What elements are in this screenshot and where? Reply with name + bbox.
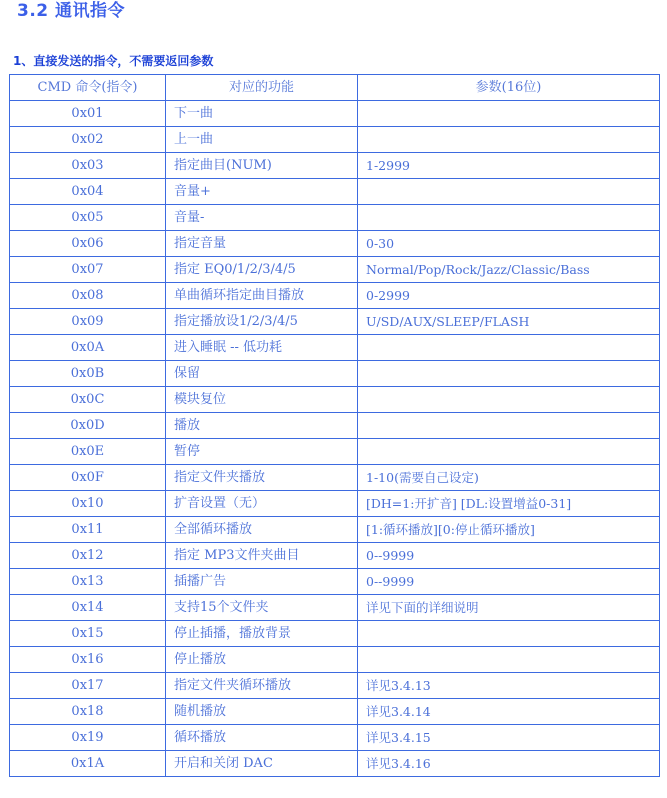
cell-cmd: 0x03 bbox=[10, 153, 166, 179]
cell-function: 扩音设置（无） bbox=[166, 491, 358, 517]
cell-cmd: 0x12 bbox=[10, 543, 166, 569]
cell-function: 全部循环播放 bbox=[166, 517, 358, 543]
cell-function: 播放 bbox=[166, 413, 358, 439]
cell-cmd: 0x08 bbox=[10, 283, 166, 309]
table-row: 0x19循环播放详见3.4.15 bbox=[10, 725, 660, 751]
table-row: 0x14支持15个文件夹详见下面的详细说明 bbox=[10, 595, 660, 621]
cell-cmd: 0x10 bbox=[10, 491, 166, 517]
cell-cmd: 0x0C bbox=[10, 387, 166, 413]
cell-function: 上一曲 bbox=[166, 127, 358, 153]
header-function: 对应的功能 bbox=[166, 75, 358, 101]
cell-function: 指定播放设1/2/3/4/5 bbox=[166, 309, 358, 335]
table-row: 0x0D播放 bbox=[10, 413, 660, 439]
cell-function: 插播广告 bbox=[166, 569, 358, 595]
cell-param bbox=[358, 127, 660, 153]
table-row: 0x12指定 MP3文件夹曲目0--9999 bbox=[10, 543, 660, 569]
cell-function: 停止播放 bbox=[166, 647, 358, 673]
table-row: 0x11全部循环播放[1:循环播放][0:停止循环播放] bbox=[10, 517, 660, 543]
table-row: 0x0A进入睡眠 -- 低功耗 bbox=[10, 335, 660, 361]
cell-cmd: 0x14 bbox=[10, 595, 166, 621]
cell-function: 模块复位 bbox=[166, 387, 358, 413]
cell-cmd: 0x11 bbox=[10, 517, 166, 543]
cell-param: Normal/Pop/Rock/Jazz/Classic/Bass bbox=[358, 257, 660, 283]
cell-cmd: 0x09 bbox=[10, 309, 166, 335]
cell-function: 暂停 bbox=[166, 439, 358, 465]
cell-param: 0--9999 bbox=[358, 569, 660, 595]
table-row: 0x13插播广告0--9999 bbox=[10, 569, 660, 595]
header-row: CMD 命令(指令) 对应的功能 参数(16位) bbox=[10, 75, 660, 101]
cell-function: 音量- bbox=[166, 205, 358, 231]
cell-function: 开启和关闭 DAC bbox=[166, 751, 358, 777]
cell-param: U/SD/AUX/SLEEP/FLASH bbox=[358, 309, 660, 335]
cell-cmd: 0x15 bbox=[10, 621, 166, 647]
table-header: CMD 命令(指令) 对应的功能 参数(16位) bbox=[10, 75, 660, 101]
cell-cmd: 0x16 bbox=[10, 647, 166, 673]
cell-param bbox=[358, 335, 660, 361]
cell-function: 下一曲 bbox=[166, 101, 358, 127]
table-row: 0x1A开启和关闭 DAC详见3.4.16 bbox=[10, 751, 660, 777]
cell-cmd: 0x1A bbox=[10, 751, 166, 777]
cell-param: [1:循环播放][0:停止循环播放] bbox=[358, 517, 660, 543]
cell-cmd: 0x01 bbox=[10, 101, 166, 127]
cell-param: 1-10(需要自己设定) bbox=[358, 465, 660, 491]
cell-function: 保留 bbox=[166, 361, 358, 387]
header-cmd: CMD 命令(指令) bbox=[10, 75, 166, 101]
table-row: 0x06指定音量0-30 bbox=[10, 231, 660, 257]
cell-function: 指定 MP3文件夹曲目 bbox=[166, 543, 358, 569]
cell-cmd: 0x0F bbox=[10, 465, 166, 491]
cell-param bbox=[358, 205, 660, 231]
cell-param: 0-30 bbox=[358, 231, 660, 257]
table-row: 0x08单曲循环指定曲目播放0-2999 bbox=[10, 283, 660, 309]
cell-cmd: 0x0D bbox=[10, 413, 166, 439]
cell-function: 循环播放 bbox=[166, 725, 358, 751]
cell-function: 停止插播，播放背景 bbox=[166, 621, 358, 647]
cell-param: [DH=1:开扩音] [DL:设置增益0-31] bbox=[358, 491, 660, 517]
cell-param: 详见3.4.14 bbox=[358, 699, 660, 725]
table-row: 0x04音量+ bbox=[10, 179, 660, 205]
cell-cmd: 0x19 bbox=[10, 725, 166, 751]
cell-cmd: 0x02 bbox=[10, 127, 166, 153]
table-row: 0x0E暂停 bbox=[10, 439, 660, 465]
table-row: 0x07指定 EQ0/1/2/3/4/5Normal/Pop/Rock/Jazz… bbox=[10, 257, 660, 283]
table-row: 0x15停止插播，播放背景 bbox=[10, 621, 660, 647]
cell-cmd: 0x07 bbox=[10, 257, 166, 283]
cell-cmd: 0x05 bbox=[10, 205, 166, 231]
header-param: 参数(16位) bbox=[358, 75, 660, 101]
cell-function: 指定文件夹播放 bbox=[166, 465, 358, 491]
cell-param bbox=[358, 647, 660, 673]
cell-function: 指定曲目(NUM) bbox=[166, 153, 358, 179]
command-table: CMD 命令(指令) 对应的功能 参数(16位) 0x01下一曲0x02上一曲0… bbox=[9, 74, 660, 777]
cell-function: 指定文件夹循环播放 bbox=[166, 673, 358, 699]
cell-param bbox=[358, 387, 660, 413]
cell-function: 进入睡眠 -- 低功耗 bbox=[166, 335, 358, 361]
subsection-title: 1、直接发送的指令，不需要返回参数 bbox=[13, 52, 213, 70]
table-row: 0x09指定播放设1/2/3/4/5U/SD/AUX/SLEEP/FLASH bbox=[10, 309, 660, 335]
cell-cmd: 0x0A bbox=[10, 335, 166, 361]
table-row: 0x10扩音设置（无）[DH=1:开扩音] [DL:设置增益0-31] bbox=[10, 491, 660, 517]
cell-function: 支持15个文件夹 bbox=[166, 595, 358, 621]
table-row: 0x17指定文件夹循环播放详见3.4.13 bbox=[10, 673, 660, 699]
cell-param: 详见下面的详细说明 bbox=[358, 595, 660, 621]
cell-param: 1-2999 bbox=[358, 153, 660, 179]
cell-param bbox=[358, 439, 660, 465]
cell-param: 详见3.4.13 bbox=[358, 673, 660, 699]
table-row: 0x0F指定文件夹播放1-10(需要自己设定) bbox=[10, 465, 660, 491]
cell-cmd: 0x17 bbox=[10, 673, 166, 699]
cell-param: 详见3.4.15 bbox=[358, 725, 660, 751]
table-row: 0x01下一曲 bbox=[10, 101, 660, 127]
table-row: 0x0B保留 bbox=[10, 361, 660, 387]
table-row: 0x18随机播放详见3.4.14 bbox=[10, 699, 660, 725]
table-row: 0x16停止播放 bbox=[10, 647, 660, 673]
section-title: 3.2 通讯指令 bbox=[17, 0, 125, 23]
cell-cmd: 0x0B bbox=[10, 361, 166, 387]
cell-function: 单曲循环指定曲目播放 bbox=[166, 283, 358, 309]
table-row: 0x0C模块复位 bbox=[10, 387, 660, 413]
table-row: 0x02上一曲 bbox=[10, 127, 660, 153]
cell-function: 随机播放 bbox=[166, 699, 358, 725]
cell-cmd: 0x18 bbox=[10, 699, 166, 725]
cell-function: 指定音量 bbox=[166, 231, 358, 257]
cell-param bbox=[358, 413, 660, 439]
cell-param: 详见3.4.16 bbox=[358, 751, 660, 777]
cell-cmd: 0x0E bbox=[10, 439, 166, 465]
cell-function: 音量+ bbox=[166, 179, 358, 205]
cell-cmd: 0x06 bbox=[10, 231, 166, 257]
cell-param: 0-2999 bbox=[358, 283, 660, 309]
cell-param bbox=[358, 621, 660, 647]
table-row: 0x03指定曲目(NUM)1-2999 bbox=[10, 153, 660, 179]
cell-param: 0--9999 bbox=[358, 543, 660, 569]
table-row: 0x05音量- bbox=[10, 205, 660, 231]
cell-cmd: 0x13 bbox=[10, 569, 166, 595]
cell-cmd: 0x04 bbox=[10, 179, 166, 205]
cell-param bbox=[358, 101, 660, 127]
cell-param bbox=[358, 361, 660, 387]
table-body: 0x01下一曲0x02上一曲0x03指定曲目(NUM)1-29990x04音量+… bbox=[10, 101, 660, 777]
cell-function: 指定 EQ0/1/2/3/4/5 bbox=[166, 257, 358, 283]
cell-param bbox=[358, 179, 660, 205]
